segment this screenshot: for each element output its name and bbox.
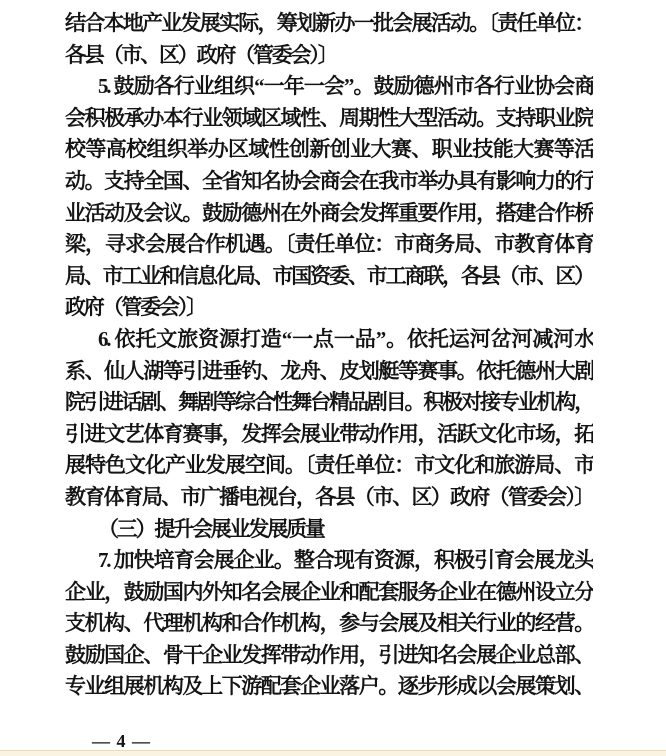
text-line: 引进文艺体育赛事，发挥会展业带动作用，活跃文化市场，拓 [65,419,593,451]
text-line: 支机构、代理机构和合作机构，参与会展及相关行业的经营。 [65,608,593,640]
text-line: 会积极承办本行业领域区域性、周期性大型活动。支持职业院 [65,103,593,135]
text-line: 展特色文化产业发展空间。〔责任单位：市文化和旅游局、市 [65,450,593,482]
page-bottom-edge-strip [0,750,666,756]
text-line: 教育体育局、市广播电视台，各县（市、区）政府（管委会）〕 [65,482,593,514]
text-line: 政府（管委会）〕 [65,292,593,324]
text-line: 业活动及会议。鼓励德州在外商会发挥重要作用，搭建合作桥 [65,198,593,230]
text-line: 企业，鼓励国内外知名会展企业和配套服务企业在德州设立分 [65,577,593,609]
text-line: 专业组展机构及上下游配套企业落户。逐步形成以会展策划、 [65,671,593,703]
text-line: 院引进话剧、舞剧等综合性舞台精品剧目。积极对接专业机构， [65,387,593,419]
text-line: 各县（市、区）政府（管委会）〕 [65,40,593,72]
text-line: 结合本地产业发展实际，筹划新办一批会展活动。〔责任单位： [65,8,593,40]
text-line-paragraph-6: 6. 依托文旅资源打造“一点一品”。依托运河岔河减河水 [65,324,593,356]
text-line: 系、仙人湖等引进垂钓、龙舟、皮划艇等赛事。依托德州大剧 [65,356,593,388]
text-line: 局、市工业和信息化局、市国资委、市工商联，各县（市、区） [65,261,593,293]
document-page: 结合本地产业发展实际，筹划新办一批会展活动。〔责任单位： 各县（市、区）政府（管… [0,0,666,756]
text-line-paragraph-5: 5. 鼓励各行业组织“一年一会”。鼓励德州市各行业协会商 [65,71,593,103]
text-line: 校等高校组织举办区域性创新创业大赛、职业技能大赛等活 [65,134,593,166]
document-text-block: 结合本地产业发展实际，筹划新办一批会展活动。〔责任单位： 各县（市、区）政府（管… [65,8,593,703]
page-number: — 4 — [92,731,151,751]
text-line: 梁，寻求会展合作机遇。〔责任单位：市商务局、市教育体育 [65,229,593,261]
text-line: 鼓励国企、骨干企业发挥带动作用，引进知名会展企业总部、 [65,640,593,672]
text-line: 动。支持全国、全省知名协会商会在我市举办具有影响力的行 [65,166,593,198]
section-heading-3: （三）提升会展业发展质量 [65,514,593,546]
text-line-paragraph-7: 7. 加快培育会展企业。整合现有资源，积极引育会展龙头 [65,545,593,577]
